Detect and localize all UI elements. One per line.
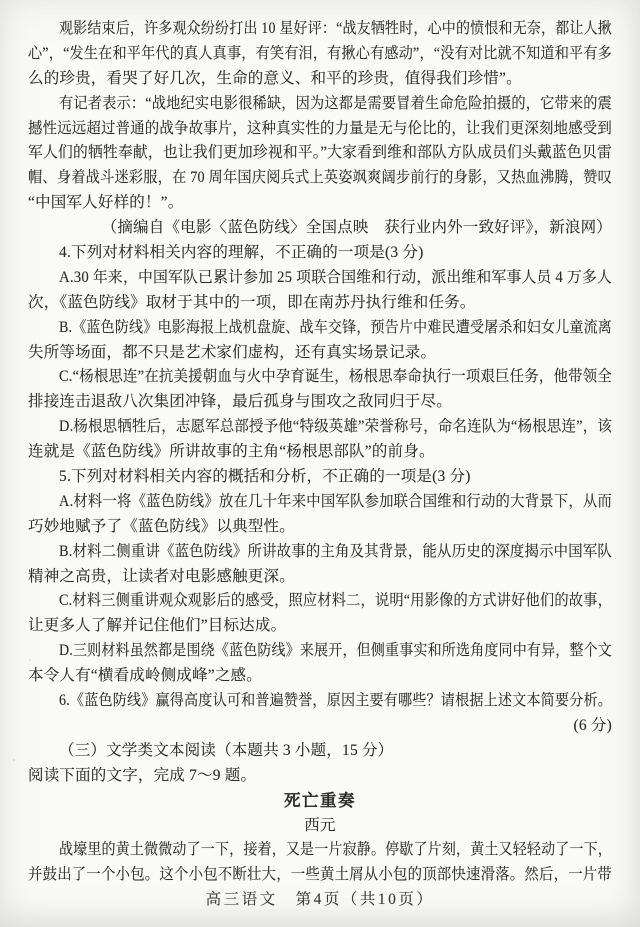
text-line: B.《蓝色防线》电影海报上战机盘旋、战车交锋，预告片中难民遭受屠杀和妇女儿童流离 bbox=[28, 316, 612, 341]
text-line: A.30 年来，中国军队已累计参加 25 项联合国维和行动，派出维和军事人员 4… bbox=[28, 266, 612, 291]
text-line-content: 精神之高贵，让读者对电影感触更深。 bbox=[28, 565, 295, 590]
text-line: D.三则材料虽然都是围绕《蓝色防线》来展开，但侧重事实和所选角度同中有异，整个文 bbox=[28, 639, 612, 664]
text-line-content: 军人们的牺牲奉献，也让我们更加珍视和平。”大家看到维和部队方队成员们头戴蓝色贝雷 bbox=[28, 141, 612, 166]
text-line-content: 西元 bbox=[304, 814, 335, 839]
text-line: 失所等场面，都不只是艺术家们虚构，还有真实场景记录。 bbox=[28, 341, 612, 366]
text-line-content: C.“杨根思连”在抗美援朝血与火中孕育诞生，杨根思奉命执行一项艰巨任务，他带领全 bbox=[59, 365, 612, 390]
text-line: 次，《蓝色防线》取材于其中的一项，即在南苏丹执行维和任务。 bbox=[28, 291, 612, 316]
text-line-content: 撼性远远超过普通的战争故事片，这种真实性的力量是无与伦比的，让我们更深刻地感受到 bbox=[28, 117, 612, 142]
text-line: 么的珍贵，看哭了好几次，生命的意义、和平的珍贵，值得我们珍惜”。 bbox=[28, 67, 612, 92]
text-line: 4.下列对材料相关内容的理解，不正确的一项是(3 分) bbox=[28, 241, 612, 266]
text-line-content: 5.下列对材料相关内容的概括和分析，不正确的一项是(3 分) bbox=[59, 465, 471, 490]
page-text: 观影结束后，许多观众纷纷打出 10 星好评：“战友牺牲时，心中的愤恨和无奈，都让… bbox=[28, 17, 612, 913]
text-line: （三）文学类文本阅读（本题共 3 小题，15 分） bbox=[28, 739, 612, 764]
text-line: A.材料一将《蓝色防线》放在几十年来中国军队参加联合国维和行动的大背景下，从而 bbox=[28, 490, 612, 515]
text-line-content: （摘编自《电影〈蓝色防线〉全国点映 获行业内外一致好评》，新浪网） bbox=[102, 216, 612, 241]
text-line-content: 并鼓出了一个小包。这个小包不断壮大，一些黄土屑从小包的顶部快速滑落。然后，一片带 bbox=[28, 863, 612, 888]
text-line-content: “中国军人好样的！”。 bbox=[28, 191, 183, 216]
text-line-content: （三）文学类文本阅读（本题共 3 小题，15 分） bbox=[59, 739, 393, 764]
text-line: D.杨根思牺牲后，志愿军总部授予他“特级英雄”荣誉称号，命名连队为“杨根思连”，… bbox=[28, 415, 612, 440]
text-line-content: 阅读下面的文字，完成 7～9 题。 bbox=[28, 764, 256, 789]
text-line: “中国军人好样的！”。 bbox=[28, 191, 612, 216]
text-line-content: 连就是《蓝色防线》所讲故事的主角“杨根思部队”的前身。 bbox=[28, 440, 435, 465]
text-line: 并鼓出了一个小包。这个小包不断壮大，一些黄土屑从小包的顶部快速滑落。然后，一片带 bbox=[28, 863, 612, 888]
text-line-content: D.杨根思牺牲后，志愿军总部授予他“特级英雄”荣誉称号，命名连队为“杨根思连”，… bbox=[59, 415, 612, 440]
text-line-content: A.30 年来，中国军队已累计参加 25 项联合国维和行动，派出维和军事人员 4… bbox=[59, 266, 612, 291]
page-footer-line: 高三语文 第4页（共10页） bbox=[28, 888, 612, 913]
text-line: 5.下列对材料相关内容的概括和分析，不正确的一项是(3 分) bbox=[28, 465, 612, 490]
text-line-content: 有记者表示：“战地纪实电影很稀缺，因为这都是需要冒着生命危险拍摄的，它带来的震 bbox=[59, 92, 612, 117]
text-line: 战壕里的黄土微微动了一下，接着，又是一片寂静。停歇了片刻，黄土又轻轻动了一下， bbox=[28, 838, 612, 863]
text-line: 帽、身着战斗迷彩服，在 70 周年国庆阅兵式上英姿飒爽阔步前行的身影，又热血沸腾… bbox=[28, 166, 612, 191]
text-line: 有记者表示：“战地纪实电影很稀缺，因为这都是需要冒着生命危险拍摄的，它带来的震 bbox=[28, 92, 612, 117]
text-line: 撼性远远超过普通的战争故事片，这种真实性的力量是无与伦比的，让我们更深刻地感受到 bbox=[28, 117, 612, 142]
text-line-content: A.材料一将《蓝色防线》放在几十年来中国军队参加联合国维和行动的大背景下，从而 bbox=[59, 490, 612, 515]
text-line-content: C.材料三侧重讲观众观影后的感受，照应材料二，说明“用影像的方式讲好他们的故事， bbox=[59, 589, 612, 614]
text-line-content: 么的珍贵，看哭了好几次，生命的意义、和平的珍贵，值得我们珍惜”。 bbox=[28, 67, 522, 92]
text-line: 死亡重奏 bbox=[28, 789, 612, 814]
text-line: 连就是《蓝色防线》所讲故事的主角“杨根思部队”的前身。 bbox=[28, 440, 612, 465]
text-line: 巧妙地赋予了《蓝色防线》以典型性。 bbox=[28, 515, 612, 540]
text-line-content: 次，《蓝色防线》取材于其中的一项，即在南苏丹执行维和任务。 bbox=[28, 291, 476, 316]
text-line-content: 本令人有“横看成岭侧成峰”之感。 bbox=[28, 664, 262, 689]
text-line-content: 排接连击退敌八次集团冲锋，最后孤身与围攻之敌同归于尽。 bbox=[28, 390, 452, 415]
text-line: 西元 bbox=[28, 814, 612, 839]
text-line-content: B.材料二侧重讲《蓝色防线》所讲故事的主角及其背景，能从历史的深度揭示中国军队 bbox=[59, 540, 612, 565]
text-line: C.“杨根思连”在抗美援朝血与火中孕育诞生，杨根思奉命执行一项艰巨任务，他带领全 bbox=[28, 365, 612, 390]
text-line: B.材料二侧重讲《蓝色防线》所讲故事的主角及其背景，能从历史的深度揭示中国军队 bbox=[28, 540, 612, 565]
text-line-content: D.三则材料虽然都是围绕《蓝色防线》来展开，但侧重事实和所选角度同中有异，整个文 bbox=[59, 639, 612, 664]
text-line-content: 失所等场面，都不只是艺术家们虚构，还有真实场景记录。 bbox=[28, 341, 436, 366]
text-line: 排接连击退敌八次集团冲锋，最后孤身与围攻之敌同归于尽。 bbox=[28, 390, 612, 415]
text-line-content: (6 分) bbox=[574, 714, 612, 739]
text-line-content: 战壕里的黄土微微动了一下，接着，又是一片寂静。停歇了片刻，黄土又轻轻动了一下， bbox=[59, 838, 612, 863]
text-line: 阅读下面的文字，完成 7～9 题。 bbox=[28, 764, 612, 789]
text-line-content: 6.《蓝色防线》赢得高度认可和普遍赞誉，原因主要有哪些？请根据上述文本简要分析。 bbox=[59, 689, 612, 714]
text-line-content: 死亡重奏 bbox=[284, 789, 356, 814]
text-line: (6 分) bbox=[28, 714, 612, 739]
text-line-content: B.《蓝色防线》电影海报上战机盘旋、战车交锋，预告片中难民遭受屠杀和妇女儿童流离 bbox=[59, 316, 612, 341]
text-line-content: 巧妙地赋予了《蓝色防线》以典型性。 bbox=[28, 515, 295, 540]
text-line: C.材料三侧重讲观众观影后的感受，照应材料二，说明“用影像的方式讲好他们的故事， bbox=[28, 589, 612, 614]
text-line: 心”，“发生在和平年代的真人真事，有笑有泪，有揪心有感动”，“没有对比就不知道和… bbox=[28, 42, 612, 67]
text-line-content: 帽、身着战斗迷彩服，在 70 周年国庆阅兵式上英姿飒爽阔步前行的身影，又热血沸腾… bbox=[28, 166, 612, 191]
text-line: 精神之高贵，让读者对电影感触更深。 bbox=[28, 565, 612, 590]
text-line-content: 心”，“发生在和平年代的真人真事，有笑有泪，有揪心有感动”，“没有对比就不知道和… bbox=[28, 42, 612, 67]
text-line: 本令人有“横看成岭侧成峰”之感。 bbox=[28, 664, 612, 689]
text-line-content: 4.下列对材料相关内容的理解，不正确的一项是(3 分) bbox=[59, 241, 423, 266]
text-line-content: 让更多人了解并记住他们”目标达成。 bbox=[28, 614, 286, 639]
text-line-content: 高三语文 第4页（共10页） bbox=[206, 888, 435, 913]
text-line: 让更多人了解并记住他们”目标达成。 bbox=[28, 614, 612, 639]
text-line: 观影结束后，许多观众纷纷打出 10 星好评：“战友牺牲时，心中的愤恨和无奈，都让… bbox=[28, 17, 612, 42]
exam-page: 观影结束后，许多观众纷纷打出 10 星好评：“战友牺牲时，心中的愤恨和无奈，都让… bbox=[0, 0, 640, 927]
text-line: （摘编自《电影〈蓝色防线〉全国点映 获行业内外一致好评》，新浪网） bbox=[28, 216, 612, 241]
text-line: 军人们的牺牲奉献，也让我们更加珍视和平。”大家看到维和部队方队成员们头戴蓝色贝雷 bbox=[28, 141, 612, 166]
text-line-content: 观影结束后，许多观众纷纷打出 10 星好评：“战友牺牲时，心中的愤恨和无奈，都让… bbox=[59, 17, 612, 42]
text-line: 6.《蓝色防线》赢得高度认可和普遍赞誉，原因主要有哪些？请根据上述文本简要分析。 bbox=[28, 689, 612, 714]
